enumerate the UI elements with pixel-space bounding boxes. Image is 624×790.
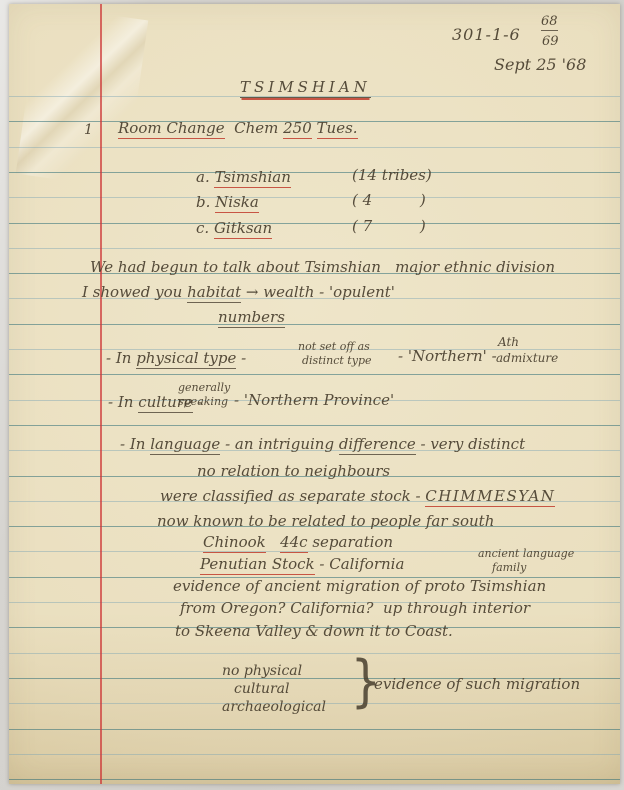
physical-note-bottom-text: distinct type xyxy=(302,354,372,367)
page-title: TSIMSHIAN xyxy=(240,79,371,96)
item-1-room-change-text: 250 xyxy=(283,119,312,139)
physical-note-top: not set off as xyxy=(298,341,370,354)
physical-northern-text: - 'Northern' - xyxy=(398,347,497,365)
language-line-3-text: CHIMMESYAN xyxy=(425,487,555,507)
list-item-a-count-text: (14 tribes) xyxy=(352,166,432,184)
item-1-room-change: Room Change Chem 250 Tues. xyxy=(118,120,358,137)
scanned-document: 301-1-66869Sept 25 '68TSIMSHIAN1Room Cha… xyxy=(0,0,624,790)
chinook-line-text xyxy=(266,533,280,551)
culture-line-text: - In xyxy=(108,393,138,411)
culture-note-top-text: generally xyxy=(178,381,230,394)
para-intro-2-text: I showed you xyxy=(82,283,187,301)
language-line-1-text: - very distinct xyxy=(416,435,525,453)
culture-note-top: generally xyxy=(178,382,230,395)
list-item-c-text: c. xyxy=(196,219,214,237)
list-item-c-count: ( 7 ) xyxy=(352,218,426,235)
list-item-b-text: Niska xyxy=(215,193,259,213)
header-date-text: Sept 25 '68 xyxy=(494,55,586,74)
no-evidence-conclusion: evidence of such migration xyxy=(374,676,580,693)
migration-line-2: from Oregon? California? up through inte… xyxy=(180,600,530,617)
chinook-line-text: separation xyxy=(308,533,394,551)
list-item-b: b. Niska xyxy=(196,194,259,211)
language-line-3-text: were classified as separate stock - xyxy=(160,487,425,505)
list-item-b-text: b. xyxy=(196,193,215,211)
penutian-line-text: Penutian Stock xyxy=(200,555,315,575)
header-fraction-bottom-text: 69 xyxy=(542,34,559,49)
handwriting-layer: 301-1-66869Sept 25 '68TSIMSHIAN1Room Cha… xyxy=(0,0,624,790)
penutian-note-top: ancient language xyxy=(478,548,574,561)
chinook-line-text: Chinook xyxy=(203,533,266,553)
list-item-c-text: Gitksan xyxy=(214,219,272,239)
migration-line-3: to Skeena Valley & down it to Coast. xyxy=(175,623,453,640)
physical-note-bottom: distinct type xyxy=(302,355,372,368)
list-item-c-count-text: ( 7 ) xyxy=(352,217,426,235)
para-intro-2-text: habitat xyxy=(187,283,241,303)
header-fraction-top: 68 xyxy=(541,15,558,30)
physical-northern: - 'Northern' - xyxy=(398,348,497,365)
penutian-line: Penutian Stock - California xyxy=(200,556,404,573)
list-item-a: a. Tsimshian xyxy=(196,169,291,186)
header-code: 301-1-6 xyxy=(452,26,521,44)
language-line-1-text: difference xyxy=(339,435,416,455)
physical-type-line-text: physical type xyxy=(136,349,236,369)
header-code-text: 301-1-6 xyxy=(452,25,521,44)
no-evidence-2: cultural xyxy=(234,681,290,697)
language-line-2: no relation to neighbours xyxy=(197,463,390,480)
chinook-line: Chinook 44c separation xyxy=(203,534,393,551)
item-1-room-change-text: Room Change xyxy=(118,119,225,139)
migration-line-3-text: to Skeena Valley & down it to Coast. xyxy=(175,622,453,640)
list-item-c: c. Gitksan xyxy=(196,220,272,237)
migration-line-1: evidence of ancient migration of proto T… xyxy=(173,578,546,595)
penutian-note-bottom: family xyxy=(492,562,526,575)
no-evidence-3-text: archaeological xyxy=(222,699,326,715)
list-item-b-count-text: ( 4 ) xyxy=(352,191,426,209)
list-item-b-count: ( 4 ) xyxy=(352,192,426,209)
language-line-3: were classified as separate stock - CHIM… xyxy=(160,488,555,505)
no-evidence-3: archaeological xyxy=(222,699,326,715)
penutian-note-bottom-text: family xyxy=(492,561,526,574)
ath-note-bottom-text: admixture xyxy=(496,351,558,365)
para-intro-3: numbers xyxy=(218,309,285,326)
language-line-1: - In language - an intriguing difference… xyxy=(120,436,525,453)
list-item-a-text: Tsimshian xyxy=(214,168,290,188)
culture-note-bottom-text: speaking xyxy=(178,395,228,408)
language-line-1-text: - an intriguing xyxy=(220,435,339,453)
para-intro-2-text: → wealth - 'opulent' xyxy=(241,283,395,301)
language-line-1-text: - In xyxy=(120,435,150,453)
para-intro-3-text: numbers xyxy=(218,308,285,328)
no-evidence-2-text: cultural xyxy=(234,681,290,697)
no-evidence-conclusion-text: evidence of such migration xyxy=(374,675,580,693)
header-fraction-bottom: 69 xyxy=(542,35,559,50)
physical-type-line: - In physical type - xyxy=(106,350,246,367)
culture-northern-text: - 'Northern Province' xyxy=(234,391,394,409)
ath-note-top-text: Ath xyxy=(498,335,519,349)
penutian-line-text: - California xyxy=(315,555,405,573)
list-item-a-text: a. xyxy=(196,168,214,186)
para-intro-1-text: We had begun to talk about Tsimshian maj… xyxy=(90,258,555,276)
language-line-2-text: no relation to neighbours xyxy=(197,462,390,480)
ath-note-bottom: admixture xyxy=(496,352,558,366)
item-number-text: 1 xyxy=(84,122,93,138)
ath-note-top: Ath xyxy=(498,336,519,350)
item-number: 1 xyxy=(84,122,93,138)
item-1-room-change-text: Chem xyxy=(225,119,284,137)
item-1-room-change-text: Tues. xyxy=(317,119,358,139)
header-date: Sept 25 '68 xyxy=(494,56,586,74)
list-item-a-count: (14 tribes) xyxy=(352,167,432,184)
language-line-1-text: language xyxy=(150,435,220,455)
language-line-4-text: now known to be related to people far so… xyxy=(157,512,494,530)
migration-line-1-text: evidence of ancient migration of proto T… xyxy=(173,577,546,595)
physical-type-line-text: - xyxy=(236,349,246,367)
physical-type-line-text: - In xyxy=(106,349,136,367)
migration-line-2-text: from Oregon? California? up through inte… xyxy=(180,599,530,617)
header-fraction-top-text: 68 xyxy=(541,14,558,31)
para-intro-1: We had begun to talk about Tsimshian maj… xyxy=(90,259,555,276)
culture-note-bottom: speaking xyxy=(178,396,228,409)
page-title-text: TSIMSHIAN xyxy=(240,78,371,98)
language-line-4: now known to be related to people far so… xyxy=(157,513,494,530)
physical-note-top-text: not set off as xyxy=(298,340,370,353)
penutian-note-top-text: ancient language xyxy=(478,547,574,560)
para-intro-2: I showed you habitat → wealth - 'opulent… xyxy=(82,284,395,301)
no-evidence-1-text: no physical xyxy=(222,663,302,679)
item-1-room-change-text xyxy=(312,119,317,137)
chinook-line-text: 44c xyxy=(280,533,308,553)
no-evidence-1: no physical xyxy=(222,663,302,679)
culture-northern: - 'Northern Province' xyxy=(234,392,394,409)
